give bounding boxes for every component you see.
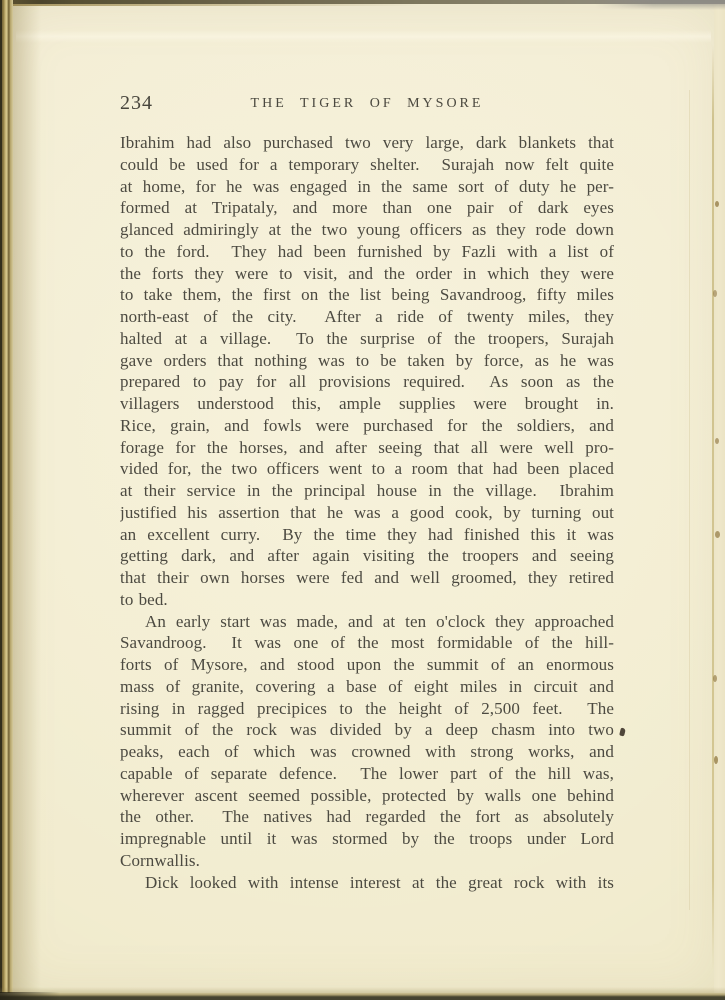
text-line: impregnable until it was stormed by the … (120, 828, 614, 850)
text-line: rising in ragged precipices to the heigh… (120, 698, 614, 720)
book-top-edge-gilt (0, 4, 420, 6)
page-fore-edge-line (712, 45, 714, 970)
running-title: THE TIGER OF MYSORE (120, 96, 614, 112)
book-binding-edge (0, 0, 13, 1000)
top-right-shadow (595, 0, 725, 10)
page-header: 234 THE TIGER OF MYSORE (120, 92, 614, 116)
text-line: Cornwallis. (120, 850, 614, 872)
text-line: to bed. (120, 589, 614, 611)
scan-speck (714, 756, 718, 764)
text-line: Rice, grain, and fowls were purchased fo… (120, 415, 614, 437)
binding-shadow (13, 0, 41, 1000)
paper-crease (16, 30, 711, 43)
bottom-left-corner (0, 992, 60, 1000)
text-line: to the ford. They had been furnished by … (120, 241, 614, 263)
underlying-page-edge (689, 90, 690, 910)
text-line: an excellent curry. By the time they had… (120, 524, 614, 546)
text-line: formed at Tripataly, and more than one p… (120, 197, 614, 219)
text-line: Ibrahim had also purchased two very larg… (120, 132, 614, 154)
text-line: justified his assertion that he was a go… (120, 502, 614, 524)
text-line: to take them, the first on the list bein… (120, 284, 614, 306)
text-line: getting dark, and after again visiting t… (120, 545, 614, 567)
text-line: the forts they were to visit, and the or… (120, 263, 614, 285)
text-line: Savandroog. It was one of the most formi… (120, 632, 614, 654)
text-line: forage for the horses, and after seeing … (120, 437, 614, 459)
text-line: north-east of the city. After a ride of … (120, 306, 614, 328)
scan-speck (715, 531, 720, 538)
scan-speck (715, 438, 719, 444)
scan-speck (713, 290, 717, 297)
scan-speck (713, 675, 717, 682)
text-line: gave orders that nothing was to be taken… (120, 350, 614, 372)
text-line: at home, for he was engaged in the same … (120, 176, 614, 198)
book-page-scan: 234 THE TIGER OF MYSORE Ibrahim had also… (0, 0, 725, 1000)
text-line: wherever ascent seemed possible, protect… (120, 785, 614, 807)
text-line: vided for, the two officers went to a ro… (120, 458, 614, 480)
text-line: summit of the rock was divided by a deep… (120, 719, 614, 741)
text-line: capable of separate defence. The lower p… (120, 763, 614, 785)
body-text: Ibrahim had also purchased two very larg… (120, 132, 614, 893)
text-line: An early start was made, and at ten o'cl… (120, 611, 614, 633)
scan-speck (715, 201, 719, 207)
book-bottom-edge (0, 993, 725, 1000)
text-line: that their own horses were fed and well … (120, 567, 614, 589)
text-line: villagers understood this, ample supplie… (120, 393, 614, 415)
text-line: Dick looked with intense interest at the… (120, 872, 614, 894)
text-line: peaks, each of which was crowned with st… (120, 741, 614, 763)
text-line: forts of Mysore, and stood upon the summ… (120, 654, 614, 676)
text-line: prepared to pay for all provisions requi… (120, 371, 614, 393)
text-line: mass of granite, covering a base of eigh… (120, 676, 614, 698)
text-line: at their service in the principal house … (120, 480, 614, 502)
text-line: halted at a village. To the surprise of … (120, 328, 614, 350)
text-line: the other. The natives had regarded the … (120, 806, 614, 828)
text-line: glanced admiringly at the two young offi… (120, 219, 614, 241)
text-line: could be used for a temporary shelter. S… (120, 154, 614, 176)
page-fore-edge-strip (714, 0, 725, 993)
